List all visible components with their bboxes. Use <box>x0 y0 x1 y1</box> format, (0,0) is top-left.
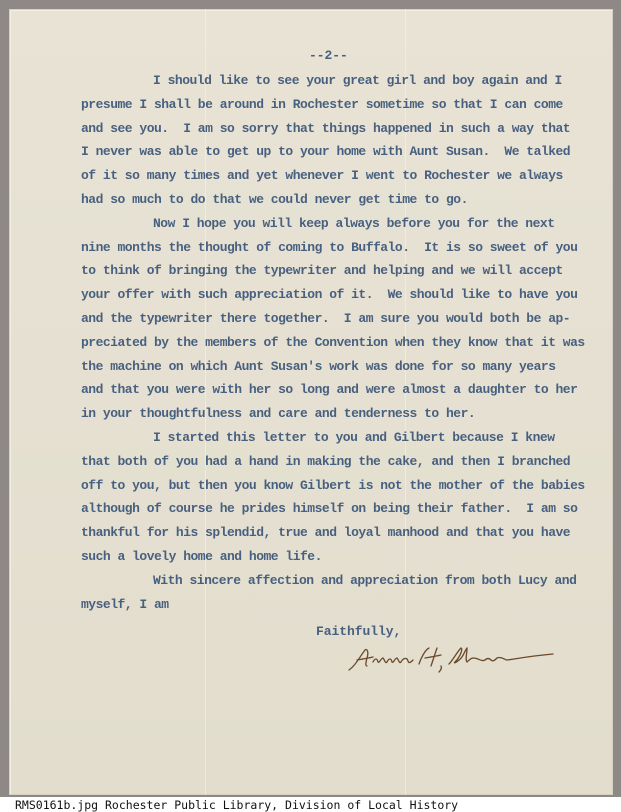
text-line: that both of you had a hand in making th… <box>81 454 570 470</box>
closing: Faithfully, <box>316 624 401 640</box>
paragraph-first-line: With sincere affection and appreciation … <box>153 573 576 589</box>
text-line: of it so many times and yet whenever I w… <box>81 168 563 184</box>
image-caption: RMS0161b.jpg Rochester Public Library, D… <box>15 798 458 812</box>
text-line: thankful for his splendid, true and loya… <box>81 525 570 541</box>
text-line: preciated by the members of the Conventi… <box>81 335 585 351</box>
text-line: and see you. I am so sorry that things h… <box>81 121 570 137</box>
paragraph-first-line: Now I hope you will keep always before y… <box>153 216 555 232</box>
text-line: I never was able to get up to your home … <box>81 144 570 160</box>
text-line: your offer with such appreciation of it.… <box>81 287 577 303</box>
text-line: to think of bringing the typewriter and … <box>81 263 563 279</box>
text-line: and the typewriter there together. I am … <box>81 311 570 327</box>
text-line: presume I shall be around in Rochester s… <box>81 97 563 113</box>
text-line: had so much to do that we could never ge… <box>81 192 468 208</box>
paragraph-first-line: I should like to see your great girl and… <box>153 73 562 89</box>
text-line: and that you were with her so long and w… <box>81 382 577 398</box>
text-line: nine months the thought of coming to Buf… <box>81 240 577 256</box>
text-line: such a lovely home and home life. <box>81 549 322 565</box>
text-line: in your thoughtfulness and care and tend… <box>81 406 475 422</box>
text-line: off to you, but then you know Gilbert is… <box>81 478 585 494</box>
text-line: although of course he prides himself on … <box>81 501 577 517</box>
handwritten-signature: Anna H. Shaw <box>345 640 560 680</box>
paragraph-first-line: I started this letter to you and Gilbert… <box>153 430 555 446</box>
page-number: --2-- <box>309 48 348 64</box>
text-line: myself, I am <box>81 597 169 613</box>
text-line: the machine on which Aunt Susan's work w… <box>81 359 556 375</box>
